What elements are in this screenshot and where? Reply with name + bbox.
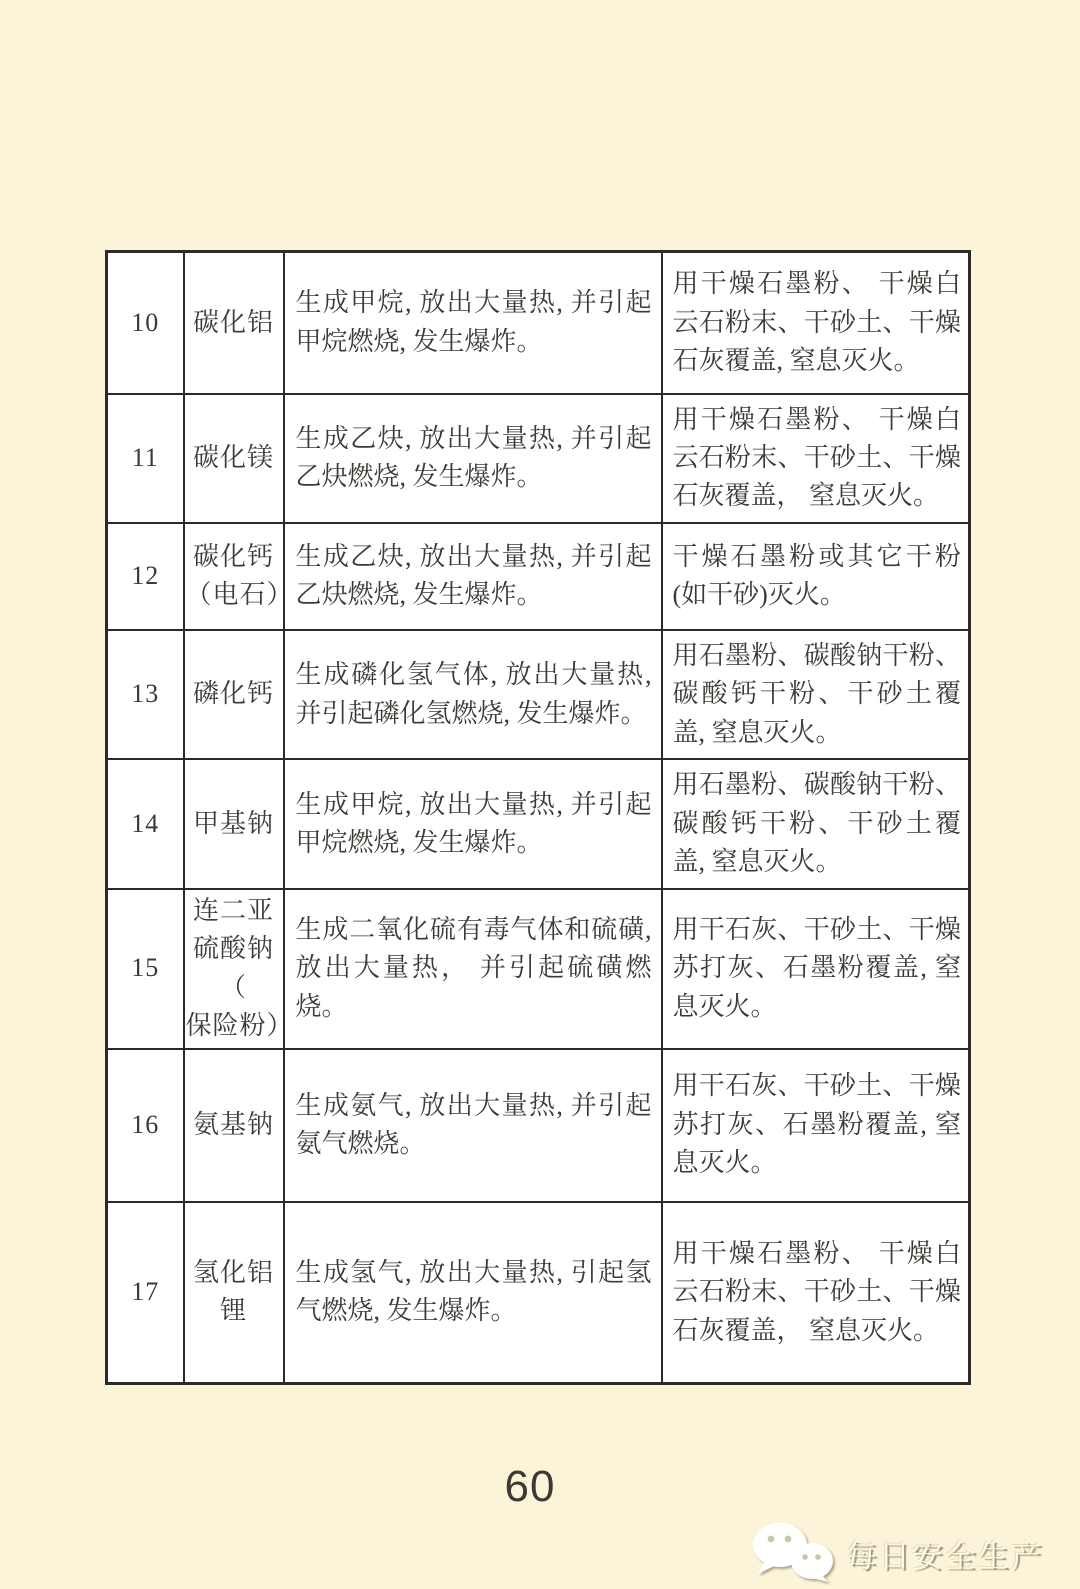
table-row: 17 氢化铝 锂 生成氢气, 放出大量热, 引起氢气燃烧, 发生爆炸。 用干燥石… [107, 1202, 970, 1384]
reaction-cell: 生成氨气, 放出大量热, 并引起氨气燃烧。 [284, 1049, 662, 1202]
page-number: 60 [0, 1462, 1060, 1512]
substance-name-cell: 碳化铝 [184, 252, 284, 394]
row-number-cell: 11 [107, 394, 184, 523]
substance-name-cell: 碳化钙 （电石） [184, 523, 284, 630]
reaction-cell: 生成甲烷, 放出大量热, 并引起甲烷燃烧, 发生爆炸。 [284, 252, 662, 394]
substance-name-cell: 连二亚 硫酸钠（ 保险粉） [184, 889, 284, 1049]
row-number-cell: 12 [107, 523, 184, 630]
substance-name-cell: 碳化镁 [184, 394, 284, 523]
watermark: 每日安全生产 [750, 1520, 1044, 1587]
row-number-cell: 13 [107, 630, 184, 759]
reaction-cell: 生成氢气, 放出大量热, 引起氢气燃烧, 发生爆炸。 [284, 1202, 662, 1384]
extinguishing-method-cell: 用石墨粉、碳酸钠干粉、碳酸钙干粉、干砂土覆盖, 窒息灭火。 [662, 630, 970, 759]
table-row: 12 碳化钙 （电石） 生成乙炔, 放出大量热, 并引起乙炔燃烧, 发生爆炸。 … [107, 523, 970, 630]
extinguishing-method-cell: 用干燥石墨粉、 干燥白云石粉末、干砂土、干燥石灰覆盖， 窒息灭火。 [662, 1202, 970, 1384]
extinguishing-method-cell: 用干燥石墨粉、 干燥白云石粉末、干砂土、干燥石灰覆盖， 窒息灭火。 [662, 394, 970, 523]
row-number-cell: 17 [107, 1202, 184, 1384]
wechat-icon [750, 1520, 836, 1587]
reaction-cell: 生成甲烷, 放出大量热, 并引起甲烷燃烧, 发生爆炸。 [284, 759, 662, 888]
row-number-cell: 15 [107, 889, 184, 1049]
extinguishing-method-cell: 用干石灰、干砂土、干燥苏打灰、石墨粉覆盖, 窒息灭火。 [662, 1049, 970, 1202]
table-row: 16 氨基钠 生成氨气, 放出大量热, 并引起氨气燃烧。 用干石灰、干砂土、干燥… [107, 1049, 970, 1202]
extinguishing-method-cell: 用石墨粉、碳酸钠干粉、碳酸钙干粉、干砂土覆盖, 窒息灭火。 [662, 759, 970, 888]
row-number-cell: 10 [107, 252, 184, 394]
substance-name-cell: 氢化铝 锂 [184, 1202, 284, 1384]
table-row: 14 甲基钠 生成甲烷, 放出大量热, 并引起甲烷燃烧, 发生爆炸。 用石墨粉、… [107, 759, 970, 888]
hazard-table-body: 10 碳化铝 生成甲烷, 放出大量热, 并引起甲烷燃烧, 发生爆炸。 用干燥石墨… [107, 252, 970, 1384]
row-number-cell: 14 [107, 759, 184, 888]
reaction-cell: 生成乙炔, 放出大量热, 并引起乙炔燃烧, 发生爆炸。 [284, 523, 662, 630]
reaction-cell: 生成磷化氢气体, 放出大量热, 并引起磷化氢燃烧, 发生爆炸。 [284, 630, 662, 759]
extinguishing-method-cell: 用干燥石墨粉、 干燥白云石粉末、干砂土、干燥石灰覆盖, 窒息灭火。 [662, 252, 970, 394]
document-page: 10 碳化铝 生成甲烷, 放出大量热, 并引起甲烷燃烧, 发生爆炸。 用干燥石墨… [0, 0, 1080, 1589]
substance-name-cell: 磷化钙 [184, 630, 284, 759]
hazard-table: 10 碳化铝 生成甲烷, 放出大量热, 并引起甲烷燃烧, 发生爆炸。 用干燥石墨… [105, 250, 971, 1385]
extinguishing-method-cell: 用干石灰、干砂土、干燥苏打灰、石墨粉覆盖, 窒息灭火。 [662, 889, 970, 1049]
table-row: 11 碳化镁 生成乙炔, 放出大量热, 并引起乙炔燃烧, 发生爆炸。 用干燥石墨… [107, 394, 970, 523]
reaction-cell: 生成乙炔, 放出大量热, 并引起乙炔燃烧, 发生爆炸。 [284, 394, 662, 523]
row-number-cell: 16 [107, 1049, 184, 1202]
substance-name-cell: 甲基钠 [184, 759, 284, 888]
table-row: 15 连二亚 硫酸钠（ 保险粉） 生成二氧化硫有毒气体和硫磺, 放出大量热， 并… [107, 889, 970, 1049]
extinguishing-method-cell: 干燥石墨粉或其它干粉(如干砂)灭火。 [662, 523, 970, 630]
watermark-label: 每日安全生产 [846, 1531, 1044, 1576]
reaction-cell: 生成二氧化硫有毒气体和硫磺, 放出大量热， 并引起硫磺燃烧。 [284, 889, 662, 1049]
table-row: 10 碳化铝 生成甲烷, 放出大量热, 并引起甲烷燃烧, 发生爆炸。 用干燥石墨… [107, 252, 970, 394]
table-row: 13 磷化钙 生成磷化氢气体, 放出大量热, 并引起磷化氢燃烧, 发生爆炸。 用… [107, 630, 970, 759]
substance-name-cell: 氨基钠 [184, 1049, 284, 1202]
